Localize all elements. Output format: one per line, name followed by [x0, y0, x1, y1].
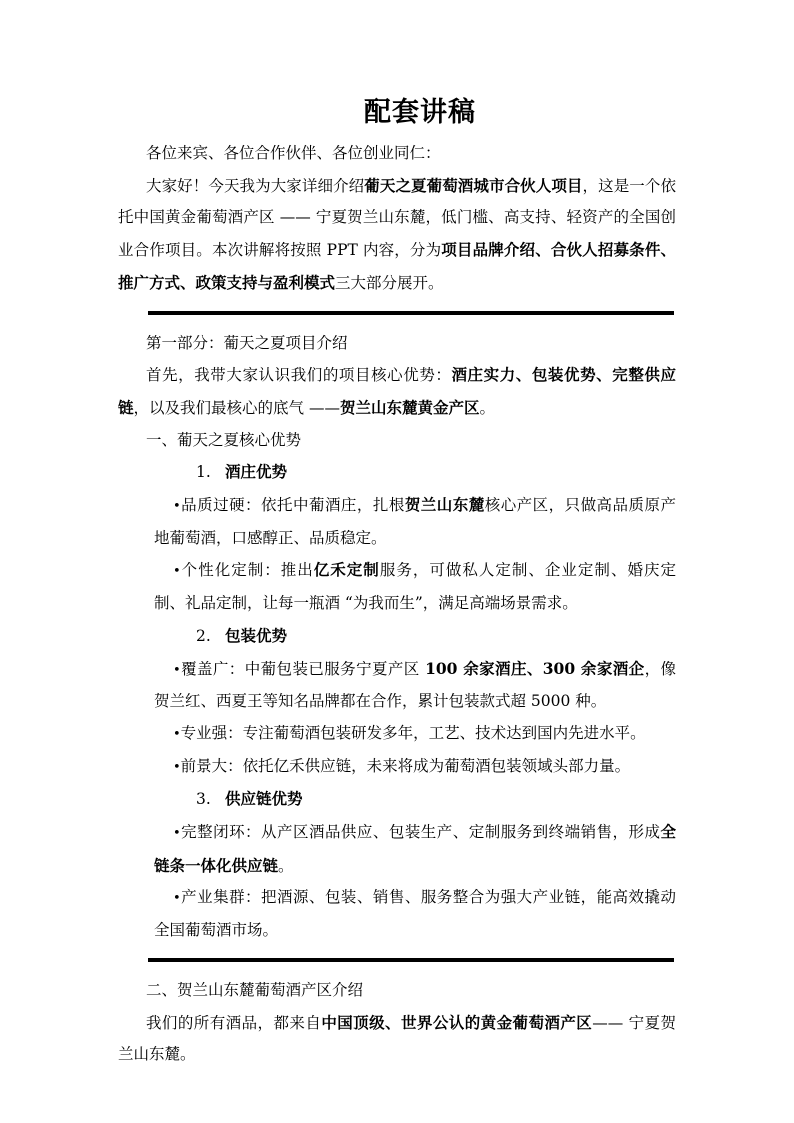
bullet-icon: • [173, 727, 181, 742]
bullet-icon: • [173, 826, 181, 841]
list-number: 1. [196, 457, 225, 489]
bullet-icon: • [173, 499, 181, 514]
text-run: 贺兰山东麓黄金产区 [340, 398, 480, 417]
text-run: 包装优势 [225, 626, 287, 645]
paragraph: •前景大：依托亿禾供应链，未来将成为葡萄酒包装领域头部力量。 [118, 751, 676, 784]
section-divider [148, 958, 674, 962]
text-run: 个性化定制：推出 [181, 561, 314, 579]
numbered-heading: 3.供应链优势 [118, 783, 676, 816]
bullet-icon: • [173, 891, 181, 906]
text-run: 中国顶级、世界公认的黄金葡萄酒产区 [321, 1013, 592, 1032]
document-title: 配套讲稿 [118, 96, 676, 130]
paragraph: •个性化定制：推出亿禾定制服务，可做私人定制、企业定制、婚庆定制、礼品定制，让每… [118, 554, 676, 619]
paragraphs: 各位来宾、各位合作伙伴、各位创业同仁：大家好！今天我为大家详细介绍葡天之夏葡萄酒… [118, 138, 676, 1071]
text-run: 各位来宾、各位合作伙伴、各位创业同仁： [146, 144, 441, 162]
paragraph: 首先，我带大家认识我们的项目核心优势：酒庄实力、包装优势、完整供应链，以及我们最… [118, 359, 676, 424]
document-content: 配套讲稿 各位来宾、各位合作伙伴、各位创业同仁：大家好！今天我为大家详细介绍葡天… [0, 96, 794, 1071]
paragraph: •品质过硬：依托中葡酒庄，扎根贺兰山东麓核心产区，只做高品质原产地葡萄酒，口感醇… [118, 489, 676, 554]
numbered-heading: 2.包装优势 [118, 620, 676, 653]
bullet-icon: • [173, 564, 181, 579]
text-run: 。 [278, 857, 294, 875]
text-run: 供应链优势 [225, 789, 303, 808]
section-divider [148, 311, 674, 315]
text-run: 100 余家酒庄、300 余家酒企 [425, 659, 645, 678]
text-run: 首先，我带大家认识我们的项目核心优势： [146, 366, 451, 384]
text-run: 覆盖广：中葡包装已服务宁夏产区 [181, 660, 425, 678]
text-run: ，以及我们最核心的底气 —— [134, 399, 340, 417]
paragraph: 二、贺兰山东麓葡萄酒产区介绍 [118, 975, 676, 1007]
text-run: 专业强：专注葡萄酒包装研发多年，工艺、技术达到国内先进水平。 [181, 724, 646, 742]
bullet-icon: • [173, 760, 181, 775]
text-run: 大家好！今天我为大家详细介绍 [146, 177, 364, 195]
text-run: 前景大：依托亿禾供应链，未来将成为葡萄酒包装领域头部力量。 [181, 757, 631, 775]
text-run: 酒庄优势 [225, 462, 287, 481]
paragraph: 大家好！今天我为大家详细介绍葡天之夏葡萄酒城市合伙人项目，这是一个依托中国黄金葡… [118, 170, 676, 300]
text-run: 完整闭环：从产区酒品供应、包装生产、定制服务到终端销售，形成 [181, 823, 661, 841]
paragraph: 第一部分：葡天之夏项目介绍 [118, 328, 676, 360]
paragraph: 一、葡天之夏核心优势 [118, 425, 676, 457]
text-run: 二、贺兰山东麓葡萄酒产区介绍 [146, 981, 363, 999]
list-number: 2. [196, 621, 225, 653]
text-run: 第一部分：葡天之夏项目介绍 [146, 334, 348, 352]
list-number: 3. [196, 784, 225, 816]
text-run: 。 [479, 399, 495, 417]
paragraph: •专业强：专注葡萄酒包装研发多年，工艺、技术达到国内先进水平。 [118, 718, 676, 751]
text-run: 三大部分展开。 [335, 274, 444, 292]
text-run: 一、葡天之夏核心优势 [146, 431, 301, 449]
document-page: 配套讲稿 各位来宾、各位合作伙伴、各位创业同仁：大家好！今天我为大家详细介绍葡天… [0, 0, 794, 1123]
paragraph: 各位来宾、各位合作伙伴、各位创业同仁： [118, 138, 676, 170]
bullet-icon: • [173, 663, 181, 678]
numbered-heading: 1.酒庄优势 [118, 456, 676, 489]
text-run: 亿禾定制 [314, 560, 380, 579]
text-run: 贺兰山东麓 [405, 495, 485, 514]
paragraph: •产业集群：把酒源、包装、销售、服务整合为强大产业链，能高效撬动全国葡萄酒市场。 [118, 882, 676, 946]
text-run: 产业集群：把酒源、包装、销售、服务整合为强大产业链，能高效撬动全国葡萄酒市场。 [154, 888, 676, 939]
paragraph: •覆盖广：中葡包装已服务宁夏产区 100 余家酒庄、300 余家酒企，像贺兰红、… [118, 653, 676, 718]
paragraph: 我们的所有酒品，都来自中国顶级、世界公认的黄金葡萄酒产区—— 宁夏贺兰山东麓。 [118, 1007, 676, 1071]
text-run: 我们的所有酒品，都来自 [146, 1014, 321, 1032]
paragraph: •完整闭环：从产区酒品供应、包装生产、定制服务到终端销售，形成全链条一体化供应链… [118, 816, 676, 882]
text-run: 品质过硬：依托中葡酒庄，扎根 [181, 496, 405, 514]
text-run: 葡天之夏葡萄酒城市合伙人项目 [364, 176, 582, 195]
